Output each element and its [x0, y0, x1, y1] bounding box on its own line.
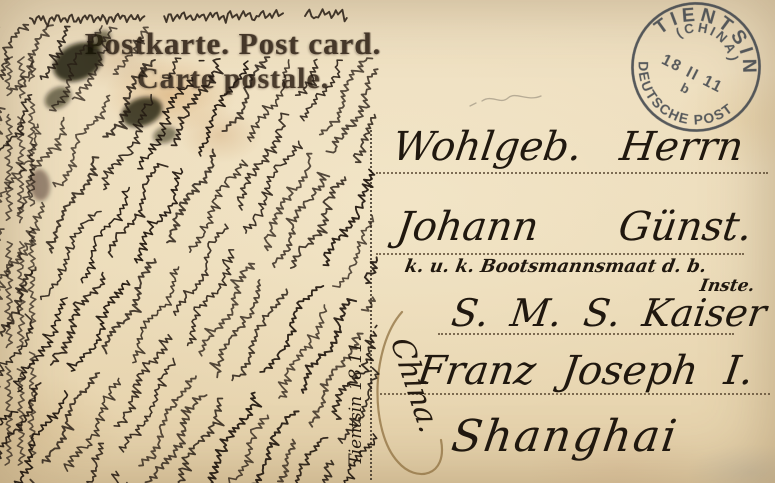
postcard: Postkarte. Post card. Carte postale. Woh… [0, 0, 775, 483]
handwriting-stroke [5, 57, 13, 465]
handwriting-stroke [127, 58, 373, 483]
postmark-index-letter: b [678, 80, 692, 97]
address-line-rank: k. u. k. Bootsmannsmaat d. b. [403, 256, 708, 277]
address-line-ship-2: Franz Joseph I. [415, 348, 757, 394]
handwriting-stroke [64, 58, 294, 471]
pencil-mark [470, 96, 541, 106]
message-dateline: Tientsin 18.11. [346, 316, 366, 483]
address-line-ship-1: S. M. S. Kaiser [449, 291, 769, 335]
address-line-recipient-name: Johann Günst. [394, 204, 755, 250]
postmark-date-text: 18 II 11 [659, 51, 726, 96]
handwriting-stroke [28, 57, 36, 458]
handwriting-stroke [30, 9, 347, 26]
address-line-city: Shanghai [448, 411, 681, 462]
